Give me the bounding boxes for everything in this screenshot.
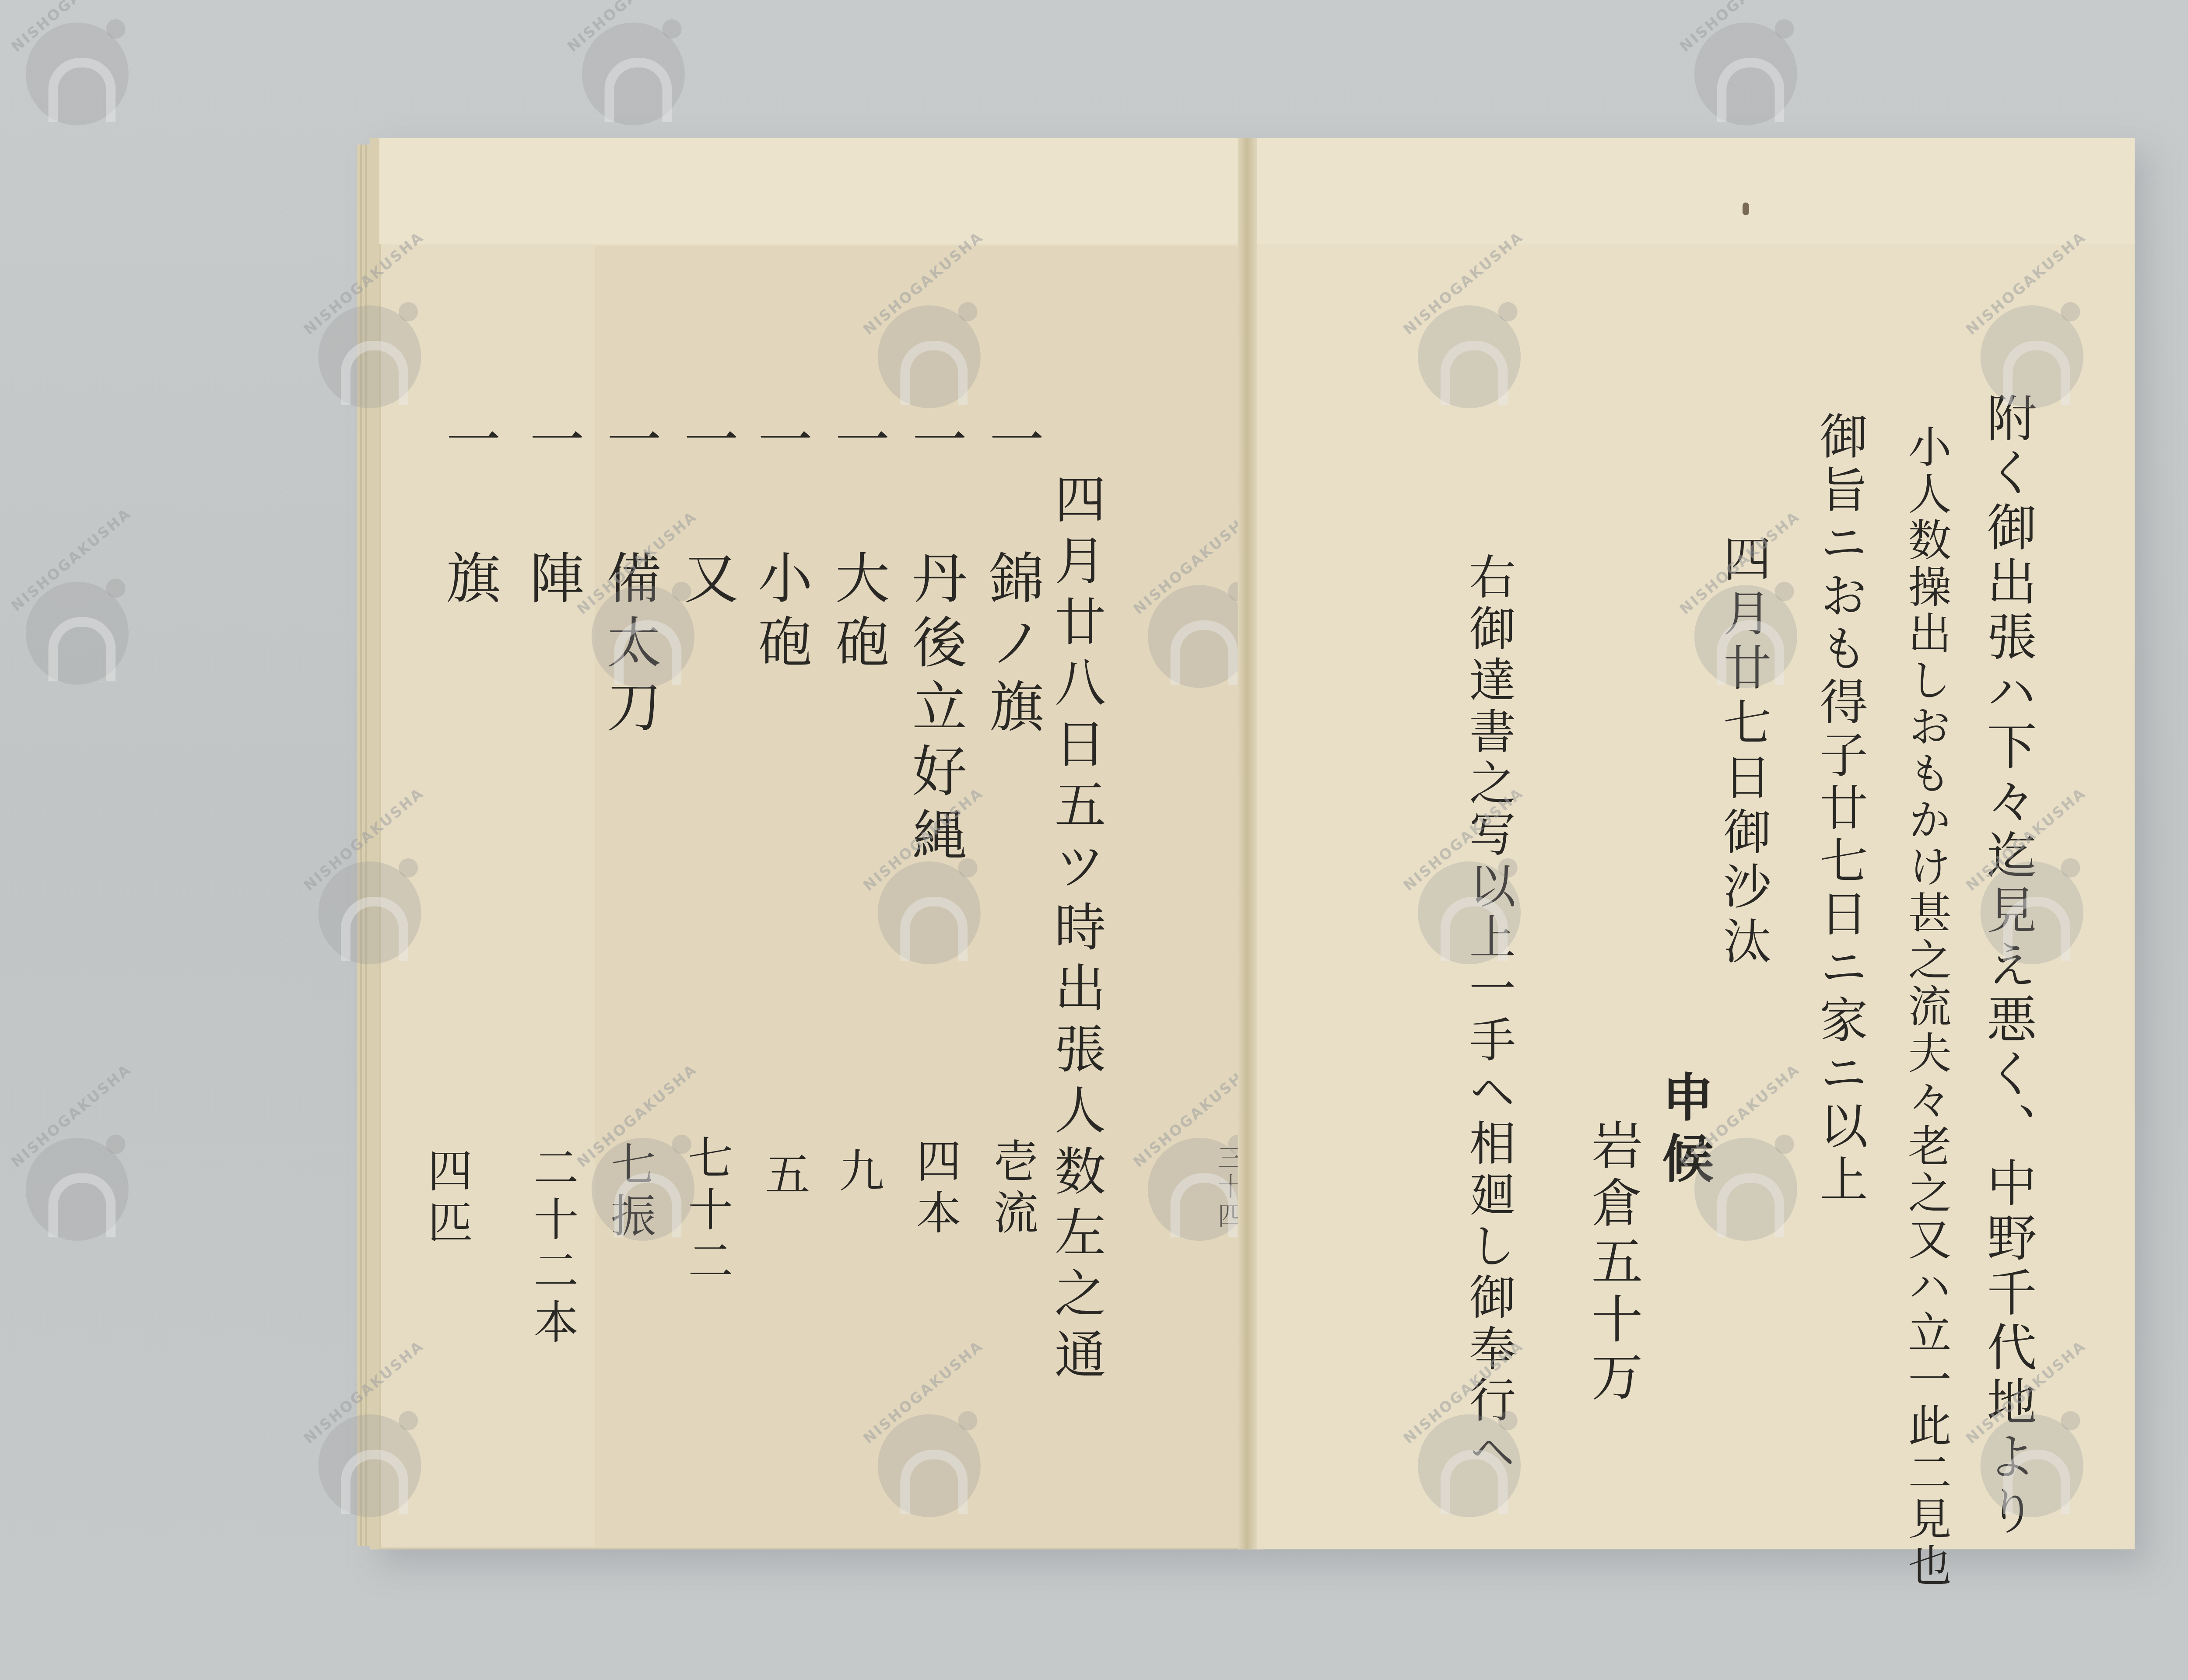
watermark-logo-icon: NISHOGAKUSHA xyxy=(26,22,129,125)
item-label: 一 大砲 xyxy=(830,411,884,678)
right-page-top-band xyxy=(1257,138,2135,244)
paper-stain xyxy=(1743,203,1749,215)
item-label: 一 錦ノ旗 xyxy=(984,411,1038,742)
page-number: 三十四 xyxy=(1215,1144,1241,1231)
watermark-logo-icon: NISHOGAKUSHA xyxy=(26,582,129,685)
watermark-logo-icon: NISHOGAKUSHA xyxy=(1418,305,1521,408)
open-book: 四月廿八日五ツ時出張人数左之通 一 錦ノ旗 一 丹後立好縄 一 大砲 一 小砲 … xyxy=(370,138,2138,1553)
text-column: 岩倉五十万 xyxy=(1588,1119,1640,1408)
left-page-top-band xyxy=(379,138,1263,244)
item-value: 四匹 xyxy=(424,1148,470,1250)
watermark-logo-icon: NISHOGAKUSHA xyxy=(318,861,421,964)
item-label: 一 小砲 xyxy=(752,411,807,678)
watermark-logo-icon: NISHOGAKUSHA xyxy=(26,1138,129,1241)
item-label: 一 又 xyxy=(678,411,733,614)
item-value: 二十二本 xyxy=(530,1144,575,1350)
watermark-logo-icon: NISHOGAKUSHA xyxy=(1694,22,1797,125)
right-page: 附く御出張ハ下々迄見え悪く、中野千代地より 小人数操出しおもかけ甚之流夫々老之又… xyxy=(1257,138,2135,1549)
left-page: 四月廿八日五ツ時出張人数左之通 一 錦ノ旗 一 丹後立好縄 一 大砲 一 小砲 … xyxy=(370,138,1263,1549)
watermark-logo-icon: NISHOGAKUSHA xyxy=(582,22,685,125)
item-label: 一 丹後立好縄 xyxy=(907,411,961,871)
item-label: 一 旗 xyxy=(441,411,495,614)
item-value: 壱流 xyxy=(990,1138,1035,1241)
scan-stage: NISHOGAKUSHA NISHOGAKUSHA NISHOGAKUSHA N… xyxy=(0,0,2188,1680)
item-value: 七振 xyxy=(608,1141,653,1244)
watermark-logo-icon: NISHOGAKUSHA xyxy=(318,1414,421,1517)
text-column: 右御達書之写以上一手ヘ相廻し御奉行ヘ xyxy=(1466,553,1513,1479)
item-value: 九 xyxy=(836,1148,881,1199)
text-column: 四月廿七日御沙汰 xyxy=(1717,534,1765,971)
item-value: 五 xyxy=(762,1151,807,1202)
text-column: 附く御出張ハ下々迄見え悪く、中野千代地より xyxy=(1981,392,2030,1540)
watermark-logo-icon: NISHOGAKUSHA xyxy=(318,305,421,408)
item-label: 一 備太刀 xyxy=(601,411,656,742)
item-value: 四本 xyxy=(913,1138,958,1241)
text-column: 小人数操出しおもかけ甚之流夫々老之又ハ立一此二見也 xyxy=(1903,424,1946,1589)
item-value: 七十二 xyxy=(685,1134,730,1289)
text-column: 申候 xyxy=(1659,1071,1711,1193)
text-column: 御旨ニおも得子廿七日ニ家ニ以上 xyxy=(1813,411,1862,1207)
left-page-heading: 四月廿八日五ツ時出張人数左之通 xyxy=(1051,472,1103,1389)
item-label: 一 陣 xyxy=(524,411,579,614)
